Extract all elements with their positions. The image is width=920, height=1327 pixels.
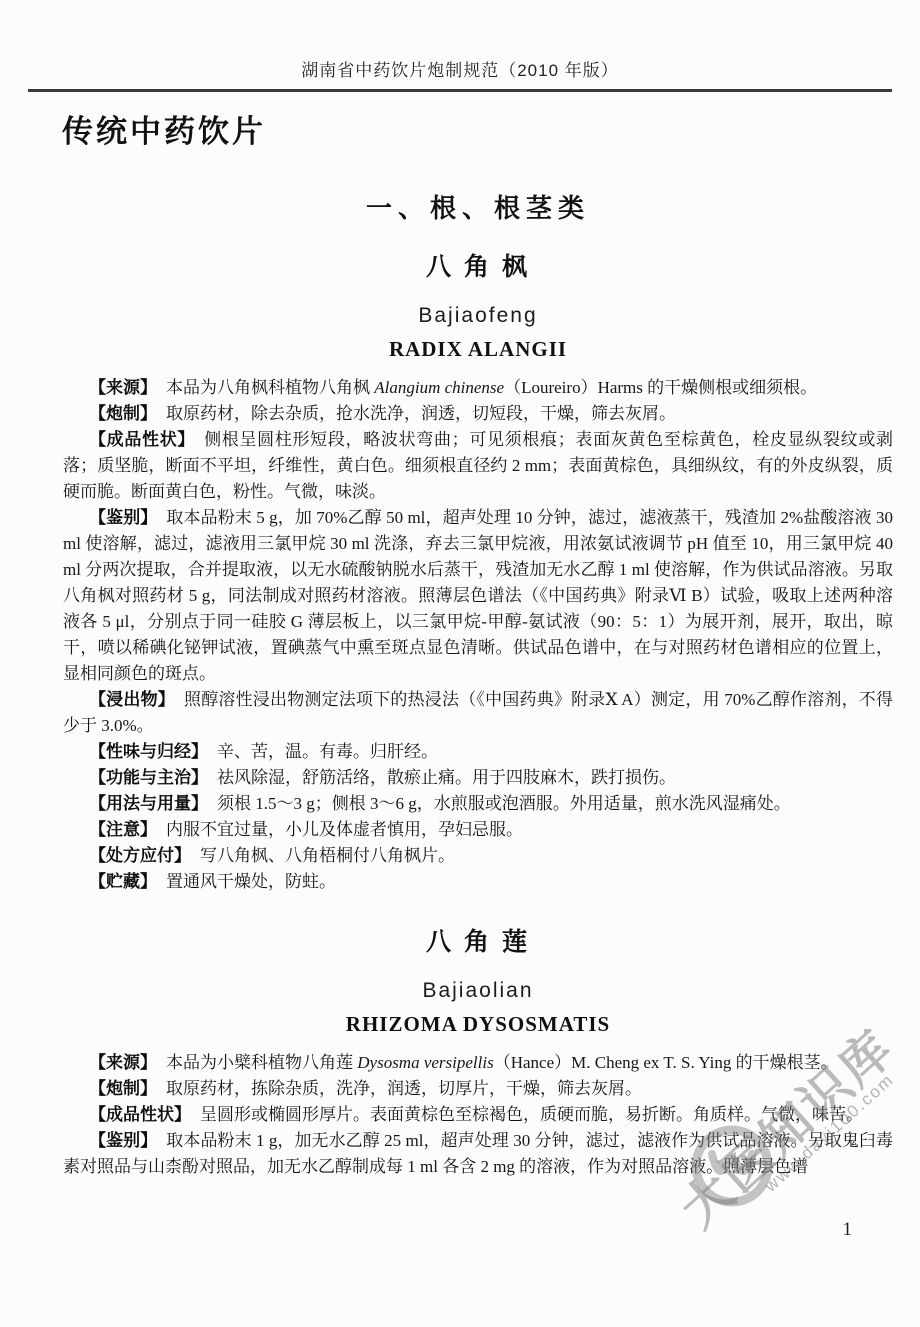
entry-text: （Loureiro）Harms 的干燥侧根或细须根。 <box>504 378 817 397</box>
monograph-entry: 【来源】本品为八角枫科植物八角枫 Alangium chinense（Loure… <box>63 375 893 401</box>
entry-label: 【功能与主治】 <box>89 768 208 787</box>
entry-text: 取原药材，拣除杂质，洗净，润透，切厚片，干燥，筛去灰屑。 <box>166 1079 642 1098</box>
entry-label: 【用法与用量】 <box>89 794 208 813</box>
header-divider <box>28 89 892 92</box>
entry-latin-name: Alangium chinense <box>374 378 504 397</box>
monograph-entry: 【浸出物】照醇溶性浸出物测定法项下的热浸法（《中国药典》附录Ⅹ A）测定，用 7… <box>63 687 893 739</box>
monograph-pinyin: Bajiaofeng <box>63 304 893 328</box>
entry-text: 辛、苦，温。有毒。归肝经。 <box>217 742 438 761</box>
monograph-entry: 【功能与主治】祛风除湿，舒筋活络，散瘀止痛。用于四肢麻木，跌打损伤。 <box>63 765 893 791</box>
entry-label: 【成品性状】 <box>89 1105 191 1124</box>
entry-label: 【鉴别】 <box>89 1131 157 1150</box>
entry-text: 写八角枫、八角梧桐付八角枫片。 <box>200 846 455 865</box>
entry-text: 取原药材，除去杂质，抢水洗净，润透，切短段，干燥，筛去灰屑。 <box>166 404 676 423</box>
running-header: 湖南省中药饮片炮制规范（2010 年版） <box>0 56 920 81</box>
entry-label: 【贮藏】 <box>89 872 157 891</box>
monograph-entry: 【鉴别】取本品粉末 1 g，加无水乙醇 25 ml，超声处理 30 分钟，滤过，… <box>63 1128 893 1180</box>
monograph-entry: 【炮制】取原药材，除去杂质，抢水洗净，润透，切短段，干燥，筛去灰屑。 <box>63 401 893 427</box>
document-page: 湖南省中药饮片炮制规范（2010 年版） 传统中药饮片 一、根、根茎类 八 角 … <box>0 0 920 1327</box>
monograph-title-cn: 八 角 枫 <box>63 247 893 283</box>
entry-label: 【炮制】 <box>89 404 157 423</box>
entry-label: 【来源】 <box>89 378 157 397</box>
monograph-body: 【来源】本品为小檗科植物八角莲 Dysosma versipellis（Hanc… <box>63 1050 893 1180</box>
monograph-entry: 【处方应付】写八角枫、八角梧桐付八角枫片。 <box>63 843 893 869</box>
entry-label: 【处方应付】 <box>89 846 191 865</box>
monograph-entry: 【来源】本品为小檗科植物八角莲 Dysosma versipellis（Hanc… <box>63 1050 893 1076</box>
monograph-pinyin: Bajiaolian <box>63 979 893 1003</box>
entry-label: 【浸出物】 <box>89 690 175 709</box>
page-number: 1 <box>843 1219 853 1241</box>
entry-label: 【鉴别】 <box>89 508 157 527</box>
entry-text: 照醇溶性浸出物测定法项下的热浸法（《中国药典》附录Ⅹ A）测定，用 70%乙醇作… <box>63 690 893 735</box>
monograph-latin: RHIZOMA DYSOSMATIS <box>63 1012 893 1037</box>
entry-label: 【成品性状】 <box>89 430 195 449</box>
entry-text: 须根 1.5～3 g；侧根 3～6 g，水煎服或泡酒服。外用适量，煎水洗风湿痛处… <box>217 794 791 813</box>
monograph-entry: 【用法与用量】须根 1.5～3 g；侧根 3～6 g，水煎服或泡酒服。外用适量，… <box>63 791 893 817</box>
page-content: 一、根、根茎类 八 角 枫BajiaofengRADIX ALANGII【来源】… <box>63 188 893 1180</box>
entry-latin-name: Dysosma versipellis <box>357 1053 493 1072</box>
entry-text: 本品为八角枫科植物八角枫 <box>166 378 374 397</box>
entry-text: （Hance）M. Cheng ex T. S. Ying 的干燥根茎。 <box>494 1053 838 1072</box>
monograph-entry: 【炮制】取原药材，拣除杂质，洗净，润透，切厚片，干燥，筛去灰屑。 <box>63 1076 893 1102</box>
monographs: 八 角 枫BajiaofengRADIX ALANGII【来源】本品为八角枫科植… <box>63 247 893 1180</box>
category-title: 一、根、根茎类 <box>63 188 893 225</box>
monograph-latin: RADIX ALANGII <box>63 337 893 362</box>
monograph-entry: 【鉴别】取本品粉末 5 g，加 70%乙醇 50 ml，超声处理 10 分钟，滤… <box>63 505 893 687</box>
monograph-title-cn: 八 角 莲 <box>63 922 893 958</box>
doc-title: 传统中药饮片 <box>62 106 266 151</box>
entry-text: 祛风除湿，舒筋活络，散瘀止痛。用于四肢麻木，跌打损伤。 <box>217 768 676 787</box>
entry-label: 【注意】 <box>89 820 157 839</box>
entry-label: 【炮制】 <box>89 1079 157 1098</box>
entry-text: 取本品粉末 1 g，加无水乙醇 25 ml，超声处理 30 分钟，滤过，滤液作为… <box>63 1131 893 1176</box>
entry-text: 本品为小檗科植物八角莲 <box>166 1053 357 1072</box>
monograph-entry: 【成品性状】侧根呈圆柱形短段，略波状弯曲；可见须根痕；表面灰黄色至棕黄色，栓皮显… <box>63 427 893 505</box>
monograph-entry: 【成品性状】呈圆形或椭圆形厚片。表面黄棕色至棕褐色，质硬而脆，易折断。角质样。气… <box>63 1102 893 1128</box>
entry-text: 内服不宜过量，小儿及体虚者慎用，孕妇忌服。 <box>166 820 523 839</box>
entry-label: 【性味与归经】 <box>89 742 208 761</box>
monograph-entry: 【注意】内服不宜过量，小儿及体虚者慎用，孕妇忌服。 <box>63 817 893 843</box>
entry-text: 置通风干燥处，防蛀。 <box>166 872 336 891</box>
monograph-body: 【来源】本品为八角枫科植物八角枫 Alangium chinense（Loure… <box>63 375 893 895</box>
entry-text: 取本品粉末 5 g，加 70%乙醇 50 ml，超声处理 10 分钟，滤过，滤液… <box>63 508 893 683</box>
entry-text: 呈圆形或椭圆形厚片。表面黄棕色至棕褐色，质硬而脆，易折断。角质样。气微，味苦。 <box>200 1105 863 1124</box>
monograph-entry: 【性味与归经】辛、苦，温。有毒。归肝经。 <box>63 739 893 765</box>
entry-label: 【来源】 <box>89 1053 157 1072</box>
monograph-entry: 【贮藏】置通风干燥处，防蛀。 <box>63 869 893 895</box>
